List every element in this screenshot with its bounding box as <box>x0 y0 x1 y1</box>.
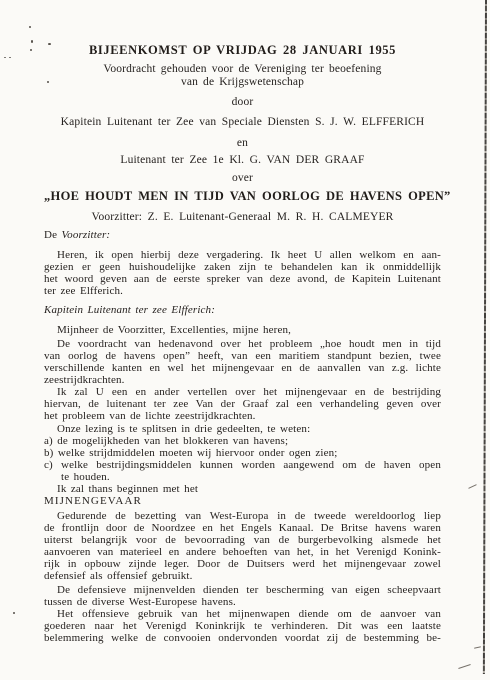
connector-door: door <box>44 96 441 109</box>
meeting-title: BIJEENKOMST OP VRIJDAG 28 JANUARI 1955 <box>44 43 441 58</box>
speaker-label-prefix: De <box>44 229 62 241</box>
speaker1-name: Kapitein Luitenant ter Zee van Speciale … <box>44 115 441 129</box>
division-paragraph: Ik zal U een en ander vertellen over het… <box>44 386 441 422</box>
scan-binding-edge-artifact <box>483 0 487 674</box>
scan-stroke-artifact <box>468 484 477 489</box>
scan-speck <box>31 40 33 43</box>
text-line: de frontlijn door de Noordzee en het Eng… <box>44 522 441 534</box>
scan-speck <box>47 81 49 83</box>
chairman-line: Voorzitter: Z. E. Luitenant-Generaal M. … <box>44 210 441 224</box>
text-line: uiterst belangrijk voor de bevoorrading … <box>44 534 441 546</box>
agenda-intro-line: Onze lezing is te splitsen in drie gedee… <box>44 423 441 435</box>
text-line: zeestrijdkrachten. <box>44 374 441 386</box>
subtitle-line-1: Voordracht gehouden voor de Vereniging t… <box>44 63 441 76</box>
lecture-title: „HOE HOUDT MEN IN TIJD VAN OORLOG DE HAV… <box>44 189 441 204</box>
text-line: Heren, ik open hierbij deze vergadering.… <box>44 249 441 261</box>
text-line: belemmering welke de convooien ondervond… <box>44 632 441 644</box>
subtitle-line-2: van de Krijgswetenschap <box>44 76 441 89</box>
text-line: aanvoeren van materieel en andere behoef… <box>44 546 441 558</box>
scan-speck <box>13 612 15 614</box>
text-line: rijk in opbouw zijnde leger. Door de Dui… <box>44 558 441 570</box>
speaker-label-name: Voorzitter: <box>62 229 111 241</box>
text-line: van oorlog de havens open” heeft, van ee… <box>44 350 441 362</box>
agenda-list: a) de mogelijkheden van het blokkeren va… <box>44 435 441 483</box>
scan-stroke-artifact <box>474 646 481 648</box>
connector-en: en <box>44 137 441 150</box>
text-line: Gedurende de bezetting van West-Europa i… <box>44 510 441 522</box>
transition-line: Ik zal thans beginnen met het <box>44 483 441 495</box>
text-line: De voordracht van hedenavond over het pr… <box>44 338 441 350</box>
scan-speck <box>9 57 11 58</box>
text-line: verschillende kanten en wel het mijnenge… <box>44 362 441 374</box>
scan-speck <box>48 43 51 45</box>
text-line: tussen de diverse West-Europese havens. <box>44 596 441 608</box>
scan-stroke-artifact <box>458 664 471 669</box>
text-line: ter zee Elfferich. <box>44 285 441 297</box>
speaker-label-voorzitter: De Voorzitter: <box>44 229 441 242</box>
opening-paragraph: Heren, ik open hierbij deze vergadering.… <box>44 249 441 297</box>
page-content: BIJEENKOMST OP VRIJDAG 28 JANUARI 1955 V… <box>44 0 441 644</box>
speaker-label-elfferich: Kapitein Luitenant ter zee Elfferich: <box>44 304 441 317</box>
intro-paragraph: De voordracht van hedenavond over het pr… <box>44 338 441 386</box>
section-heading-mijnengevaar: MIJNENGEVAAR <box>44 495 441 507</box>
scan-speck <box>29 26 31 28</box>
agenda-item-c-wrap: te houden. <box>44 471 441 483</box>
offensive-paragraph: Het offensieve gebruik van het mijnenwap… <box>44 608 441 644</box>
agenda-item-c: c) welke bestrijdingsmiddelen kunnen wor… <box>44 459 441 471</box>
text-line: goederen naar het Verenigd Koninkrijk te… <box>44 620 441 632</box>
scanned-document-page: BIJEENKOMST OP VRIJDAG 28 JANUARI 1955 V… <box>0 0 490 680</box>
mine-danger-paragraph: Gedurende de bezetting van West-Europa i… <box>44 510 441 582</box>
text-line: De defensieve mijnenvelden dienden ter b… <box>44 584 441 596</box>
text-line: defensief als offensief gebruikt. <box>44 570 441 582</box>
text-line: het woord geven aan de eerste spreker va… <box>44 273 441 285</box>
text-line: Het offensieve gebruik van het mijnenwap… <box>44 608 441 620</box>
speaker2-name: Luitenant ter Zee 1e Kl. G. VAN DER GRAA… <box>44 153 441 167</box>
connector-over: over <box>44 172 441 185</box>
agenda-item-b: b) welke strijdmiddelen moeten wij hierv… <box>44 447 441 459</box>
text-line: gezien er geen huishoudelijke zaken zijn… <box>44 261 441 273</box>
text-line: Ik zal U een en ander vertellen over het… <box>44 386 441 398</box>
agenda-item-a: a) de mogelijkheden van het blokkeren va… <box>44 435 441 447</box>
text-line: hiervan, de luitenant ter zee Van der Gr… <box>44 398 441 410</box>
defensive-paragraph: De defensieve mijnenvelden dienden ter b… <box>44 584 441 608</box>
scan-speck <box>30 49 32 51</box>
text-line: het probleem van de lichte zeestrijdkrac… <box>44 410 441 422</box>
scan-speck <box>4 57 6 58</box>
salutation-line: Mijnheer de Voorzitter, Excellenties, mi… <box>44 324 441 336</box>
